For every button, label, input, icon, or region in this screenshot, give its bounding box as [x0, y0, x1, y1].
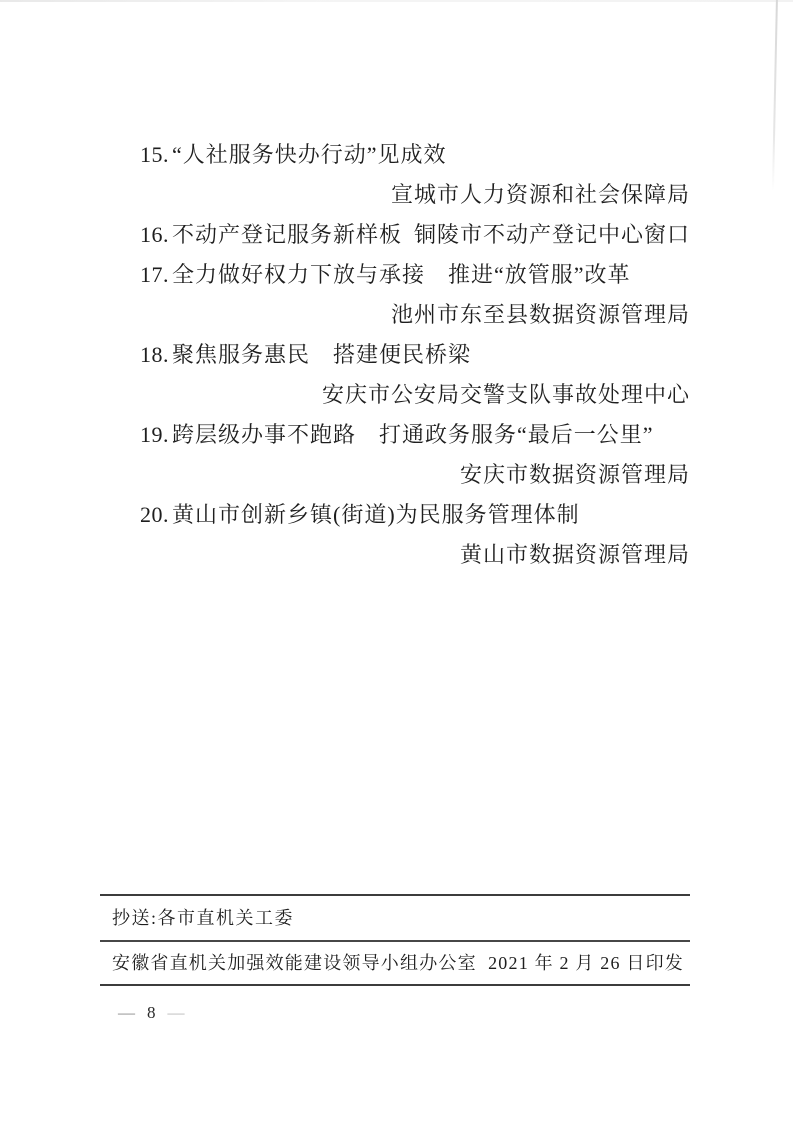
item-title: 黄山市创新乡镇(街道)为民服务管理体制 — [172, 502, 580, 527]
issue-line: 安徽省直机关加强效能建设领导小组办公室 2021 年 2 月 26 日印发 — [100, 942, 690, 984]
item-title: 不动产登记服务新样板 — [172, 222, 402, 247]
item-org: 黄山市数据资源管理局 — [140, 535, 690, 575]
item-title: “人社服务快办行动”见成效 — [172, 142, 447, 167]
item-number: 17. — [140, 262, 172, 287]
item-title: 跨层级办事不跑路 打通政务服务“最后一公里” — [172, 422, 654, 447]
list-item-title: 20.黄山市创新乡镇(街道)为民服务管理体制 — [140, 495, 690, 535]
item-number: 15. — [140, 142, 172, 167]
award-list: 15.“人社服务快办行动”见成效 宣城市人力资源和社会保障局 16.不动产登记服… — [140, 135, 690, 575]
scan-right-edge-artifact — [772, 0, 778, 191]
list-item-title: 15.“人社服务快办行动”见成效 — [140, 135, 690, 175]
document-footer: 抄送:各市直机关工委 安徽省直机关加强效能建设领导小组办公室 2021 年 2 … — [100, 894, 690, 986]
item-number: 20. — [140, 502, 172, 527]
page-number: — 8 — — [118, 1003, 185, 1023]
item-title: 聚焦服务惠民 搭建便民桥梁 — [172, 342, 471, 367]
footer-divider-bottom — [100, 984, 690, 986]
item-org: 宣城市人力资源和社会保障局 — [140, 175, 690, 215]
page-number-dash-left: — — [118, 1003, 135, 1023]
print-date: 2021 年 2 月 26 日印发 — [488, 942, 684, 984]
item-title: 全力做好权力下放与承接 推进“放管服”改革 — [172, 262, 631, 287]
issuing-office: 安徽省直机关加强效能建设领导小组办公室 — [112, 942, 477, 984]
item-org: 池州市东至县数据资源管理局 — [140, 295, 690, 335]
item-org: 安庆市公安局交警支队事故处理中心 — [140, 375, 690, 415]
page-number-value: 8 — [147, 1003, 156, 1023]
page-number-dash-right: — — [168, 1003, 185, 1023]
item-title-wrap: 16.不动产登记服务新样板 — [140, 215, 402, 255]
scanned-document-page: 15.“人社服务快办行动”见成效 宣城市人力资源和社会保障局 16.不动产登记服… — [0, 0, 793, 1121]
list-item-title: 17.全力做好权力下放与承接 推进“放管服”改革 — [140, 255, 690, 295]
item-number: 18. — [140, 342, 172, 367]
list-item-title: 19.跨层级办事不跑路 打通政务服务“最后一公里” — [140, 415, 690, 455]
item-org: 铜陵市不动产登记中心窗口 — [414, 215, 690, 255]
list-item-title: 16.不动产登记服务新样板 铜陵市不动产登记中心窗口 — [140, 215, 690, 255]
copy-to-line: 抄送:各市直机关工委 — [100, 896, 690, 940]
scan-top-edge-artifact — [0, 0, 793, 2]
list-item-title: 18.聚焦服务惠民 搭建便民桥梁 — [140, 335, 690, 375]
item-number: 19. — [140, 422, 172, 447]
item-number: 16. — [140, 222, 172, 247]
item-org: 安庆市数据资源管理局 — [140, 455, 690, 495]
